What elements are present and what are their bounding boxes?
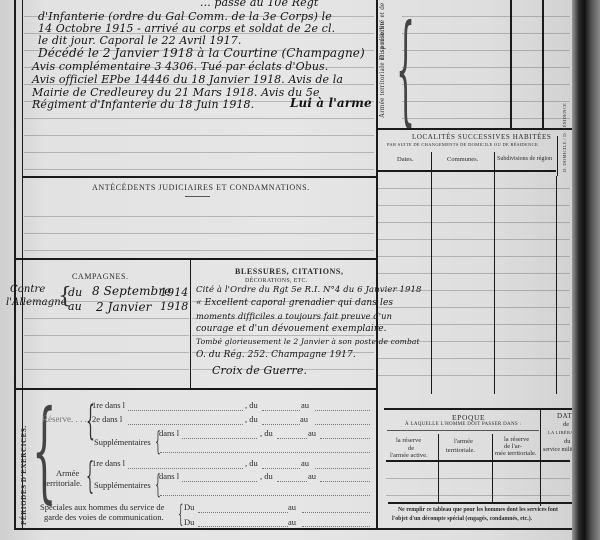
territoriale-supp-du-field[interactable] — [277, 481, 307, 482]
campaign-margin-entry: Contre — [10, 284, 45, 295]
territoriale-supp-place-field[interactable] — [182, 481, 257, 482]
campaign-to-prefix: au — [68, 300, 82, 313]
epoque-ruled-area — [386, 462, 570, 502]
epoque-col-1-line-2: de — [408, 445, 414, 452]
speciales-label-1: Spéciales aux hommes du service de — [40, 502, 164, 512]
territoriale-row-1-du: , du — [245, 458, 258, 468]
territoriale-supp-dans: dans l — [159, 471, 179, 481]
territoriale-row-1-place-field[interactable] — [128, 468, 243, 469]
epoque-col-1-line-3: l'armée active. — [390, 452, 428, 459]
territoriale-row-1-au-field[interactable] — [315, 468, 370, 469]
citation-line: moments difficiles a toujours fait preuv… — [196, 311, 392, 321]
footnote-top-rule — [388, 502, 572, 504]
epoque-col-3-line-1: la réserve — [504, 436, 529, 443]
territoriale-label-2: territoriale. — [44, 478, 82, 488]
register-page: ... passé au 10e Regt d'Infanterie (ordr… — [0, 0, 572, 540]
left-border — [14, 0, 16, 530]
localites-side-label: D. DOMICILE / D. RÉSIDENCE — [562, 103, 567, 172]
epoque-footnote-line-2: l'objet d'un décompte spécial (engagés, … — [392, 516, 532, 522]
territoriale-row-1-label: 1re dans l — [92, 458, 125, 468]
note-line: ... passé au 10e Regt — [200, 0, 318, 9]
campagnes-title: CAMPAGNES. — [72, 272, 129, 281]
reserve-row-1-au-field[interactable] — [315, 410, 370, 411]
reserve-supp-au-field[interactable] — [320, 438, 370, 439]
speciales-row-1-au-field[interactable] — [302, 512, 370, 513]
campaign-to-date: 2 Janvier — [96, 300, 152, 314]
campaign-from-year: 1914 — [160, 286, 188, 299]
antecedents-title: ANTÉCÉDENTS JUDICIAIRES ET CONDAMNATIONS… — [92, 183, 310, 192]
localites-title: LOCALITÉS SUCCESSIVES HABITÉES — [412, 133, 551, 141]
territoriale-supp-extra-line[interactable] — [160, 495, 370, 496]
localites-side-divider — [557, 136, 558, 176]
reserve-supp-du-field[interactable] — [277, 438, 307, 439]
speciales-label-2: garde des voies de communication. — [44, 512, 164, 522]
localites-col-subdivisions: Subdivisions de région — [497, 156, 552, 162]
speciales-row-1-du: Du — [184, 502, 194, 512]
note-line: Avis complémentaire 3 4306. Tué par écla… — [32, 60, 328, 73]
territoriale-label-1: Armée — [56, 468, 79, 478]
localites-col-communes: Communes. — [447, 156, 478, 163]
epoque-subtitle: À LAQUELLE L'HOMME DOIT PASSER DANS : — [405, 422, 521, 427]
reserve-row-2-place-field[interactable] — [128, 424, 243, 425]
epoque-col-3-line-2: de l'ar- — [504, 443, 522, 450]
speciales-row-1-du-field[interactable] — [198, 512, 288, 513]
reserve-supp-extra-line[interactable] — [160, 452, 370, 453]
speciales-brace: { — [178, 500, 183, 528]
epoque-col-2-line-1: l'armée — [454, 438, 473, 445]
localites-col-divider-3 — [556, 176, 557, 394]
epoque-brace-line — [387, 430, 539, 431]
note-line: Avis officiel EPbe 14446 du 18 Janvier 1… — [32, 73, 343, 86]
reserve-supp-label: Supplémentaires — [94, 437, 151, 447]
campaign-to-year: 1918 — [160, 300, 188, 313]
campagnes-top-rule — [14, 258, 376, 260]
epoque-col-2-line-2: territoriale. — [446, 447, 475, 454]
blessures-title: BLESSURES, CITATIONS, — [235, 267, 344, 276]
reserve-supp-du: , du — [260, 428, 273, 438]
reserve-row-2-au-field[interactable] — [315, 424, 370, 425]
reserve-row-1-au: au — [301, 400, 309, 410]
antecedents-underline — [185, 196, 210, 197]
reserve-row-1-du-field[interactable] — [262, 410, 300, 411]
periodes-main-brace: { — [32, 395, 57, 505]
epoque-footnote-line-1: Ne remplir ce tableau que pour les homme… — [398, 507, 558, 513]
reserve-supp-au: au — [308, 428, 316, 438]
localites-col-divider-2 — [494, 152, 495, 394]
blessures-subtitle: DÉCORATIONS, ETC. — [245, 278, 308, 284]
right-top-divider-1 — [510, 0, 512, 130]
epoque-top-rule — [384, 408, 572, 410]
citation-line: Croix de Guerre. — [212, 364, 307, 377]
localites-top-rule — [376, 128, 572, 130]
reserve-row-1-du: , du — [245, 400, 258, 410]
citation-line: courage et d'un dévouement exemplaire. — [196, 324, 387, 334]
right-top-ruled-area — [402, 0, 570, 125]
reserve-row-2-du-field[interactable] — [262, 424, 300, 425]
antecedents-ruled-area — [24, 200, 374, 256]
localites-col-dates: Dates. — [397, 156, 413, 163]
territoriale-row-1-au: au — [301, 458, 309, 468]
right-top-divider-2 — [542, 0, 544, 130]
speciales-row-1-au: au — [288, 502, 296, 512]
reserve-row-2-label: 2e dans l — [92, 414, 122, 424]
note-line: Décédé le 2 Janvier 1918 à la Courtine (… — [38, 46, 365, 60]
epoque-title: EPOQUE — [452, 413, 485, 422]
book-spine — [572, 0, 600, 540]
speciales-row-2-au-field[interactable] — [302, 526, 370, 527]
speciales-row-2-du-field[interactable] — [198, 526, 288, 527]
campaign-from-prefix: du — [68, 286, 82, 299]
annotation-right: Lui à l'arme — [290, 96, 372, 110]
date-liberation-line-2: de — [563, 421, 569, 428]
note-line: Régiment d'Infanterie du 18 Juin 1918. — [32, 98, 254, 111]
speciales-row-2-au: au — [288, 517, 296, 527]
territoriale-supp-au-field[interactable] — [320, 481, 370, 482]
reserve-row-2-du: , du — [245, 414, 258, 424]
localites-ruled-area — [378, 172, 570, 392]
reserve-label: Réserve. . . . — [42, 414, 87, 424]
citation-line: « Excellent caporal grenadier qui dans l… — [196, 298, 393, 308]
reserve-row-1-place-field[interactable] — [128, 410, 243, 411]
speciales-row-2-du: Du — [184, 517, 194, 527]
territoriale-supp-label: Supplémentaires — [94, 480, 151, 490]
territoriale-supp-du: , du — [260, 471, 273, 481]
vertical-label-territoriale: Armée territoriale et sa réserve — [378, 22, 386, 118]
antecedents-top-rule — [22, 176, 376, 178]
bottom-border — [14, 528, 572, 530]
territoriale-supp-au: au — [308, 471, 316, 481]
reserve-supp-dans: dans l — [159, 428, 179, 438]
citation-line: O. du Rég. 252. Champagne 1917. — [196, 350, 356, 360]
localites-col-divider-1 — [431, 152, 432, 394]
epoque-col-1-line-1: la réserve — [396, 437, 421, 444]
periodes-vertical-label: PÉRIODES D'EXERCICES. — [20, 425, 28, 525]
periodes-top-rule — [14, 388, 376, 390]
reserve-row-1-label: 1re dans l — [92, 400, 125, 410]
localites-subtitle: PAR SUITE DE CHANGEMENTS DE DOMICILE OU … — [387, 142, 539, 147]
territoriale-row-1-du-field[interactable] — [262, 468, 300, 469]
campagnes-divider — [190, 258, 191, 388]
reserve-supp-place-field[interactable] — [182, 438, 257, 439]
reserve-row-2-au: au — [300, 414, 308, 424]
epoque-col-3-line-3: mée territoriale. — [495, 450, 537, 457]
date-liberation-line-4: du — [564, 438, 571, 445]
